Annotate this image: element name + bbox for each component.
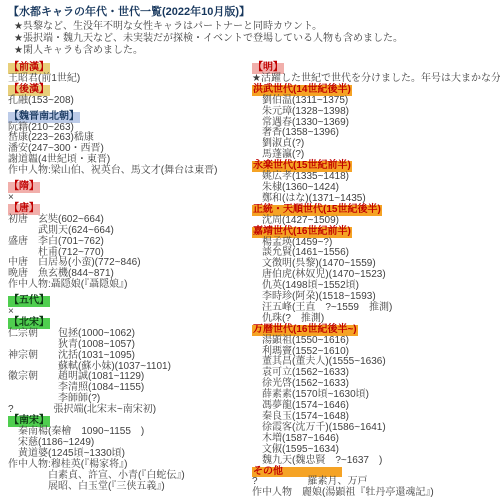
section-gishin-nanbokuchou: 【魏晋南北朝】阮籍(210~263)嵆康(223~263)嵇康潘安(247~30… <box>8 112 252 177</box>
page-title: 【水都キャラの年代・世代一覧(2022年10月版)】 <box>8 5 498 19</box>
entry-line: × <box>8 193 252 204</box>
section-header-row: 嘉靖世代(16世紀前半) <box>252 227 498 238</box>
entry-line: 作中人物:梁山伯、祝英台、馬文才(舞台は東晋) <box>8 166 252 177</box>
section-godai: 【五代】× <box>8 296 252 318</box>
section-zui: 【隋】× <box>8 182 252 204</box>
section-sonota: その他? 羅素月、万戸作中人物 麗娘(湯顕祖『牡丹亭還魂記』) <box>252 467 498 498</box>
note-line: ★張択端・魏九天など、未実装だが探検・イベントで登場している人物も含めました。 <box>14 33 498 45</box>
right-column: 【明】★活躍した世紀で世代を分けました。年号は大まかな分類です。洪武世代(14世… <box>252 63 498 498</box>
section-zenkan: 【前漢】王昭君(前1世紀) <box>8 63 252 85</box>
entry-line: 白素貞、許宣、小青(『白蛇伝』) <box>8 471 252 482</box>
entry-line: 武則天(624~664) <box>8 226 252 237</box>
section-eiraku: 永楽世代(15世紀前半) 姚広孝(1335~1418) 朱棣(1360~1424… <box>252 161 498 205</box>
section-gokan: 【後漢】孔融(153~208) <box>8 85 252 107</box>
entry-line: 作中人物 麗娘(湯顕祖『牡丹亭還魂記』) <box>252 488 498 498</box>
section-nansou: 【南宋】 秦南楊(秦檜 1090~1155 ) 宋慈(1186~1249) 黄道… <box>8 416 252 492</box>
entry-line: 沈周(1427~1509) <box>252 216 498 227</box>
section-header-row: 【五代】 <box>8 296 252 307</box>
section-header: 嘉靖世代(16世紀前半) <box>252 227 352 238</box>
section-kasei: 嘉靖世代(16世紀前半) 楊孟瑛(1459~?) 談允賢(1461~1556) … <box>252 227 498 325</box>
entry-line: 劉伯温(1311~1375) <box>252 96 498 107</box>
notes-block: ★呉黎など、生没年不明な女性キャラはパートナーと同時カウント。 ★張択端・魏九天… <box>14 21 498 57</box>
entry-line: 文俶(1595~1634) <box>252 445 498 456</box>
left-column: 【前漢】王昭君(前1世紀)【後漢】孔融(153~208)【魏晋南北朝】阮籍(21… <box>8 63 252 492</box>
entry-line: 作中人物:聶隠娘(『聶隠娘』) <box>8 280 252 291</box>
columns: 【前漢】王昭君(前1世紀)【後漢】孔融(153~208)【魏晋南北朝】阮籍(21… <box>8 63 498 498</box>
document-page: 【水都キャラの年代・世代一覧(2022年10月版)】 ★呉黎など、生没年不明な女… <box>0 0 500 498</box>
section-banreki: 万暦世代(16世紀後半~) 湯顕祖(1550~1616) 利瑪竇(1552~16… <box>252 325 498 467</box>
entry-line: 魏九天(魏忠賢 ?~1637 ) <box>252 456 498 467</box>
note-line: ★呉黎など、生没年不明な女性キャラはパートナーと同時カウント。 <box>14 21 498 33</box>
entry-line: 孔融(153~208) <box>8 96 252 107</box>
section-hokusou: 【北宋】仁宗朝 包拯(1000~1062) 狄青(1008~1057)神宗朝 沈… <box>8 318 252 416</box>
entry-line: 盛唐 李白(701~762) <box>8 237 252 248</box>
section-koubu: 洪武世代(14世紀後半) 劉伯温(1311~1375) 朱元璋(1328~139… <box>252 85 498 161</box>
entry-line: 作中人物:穆桂英(『楊家将』) <box>8 460 252 471</box>
section-tou: 【唐】初唐 玄奘(602~664) 武則天(624~664)盛唐 李白(701~… <box>8 204 252 291</box>
section-header: 【五代】 <box>8 296 50 307</box>
entry-line: 展昭、白玉堂(『三侠五義』) <box>8 482 252 493</box>
entry-line: 湯顕祖(1550~1616) <box>252 336 498 347</box>
entry-line: 朱元璋(1328~1398) <box>252 107 498 118</box>
entry-line: 神宗朝 沈括(1031~1095) <box>8 351 252 362</box>
section-header: 【魏晋南北朝】 <box>8 112 80 123</box>
section-seitou-tenjun: 正統・天順世代(15世紀後半) 沈周(1427~1509) <box>252 205 498 227</box>
section-header-row: 【隋】 <box>8 182 252 193</box>
section-header-row: 【魏晋南北朝】 <box>8 112 252 123</box>
note-line: ★閑人キャラも含めました。 <box>14 45 498 57</box>
